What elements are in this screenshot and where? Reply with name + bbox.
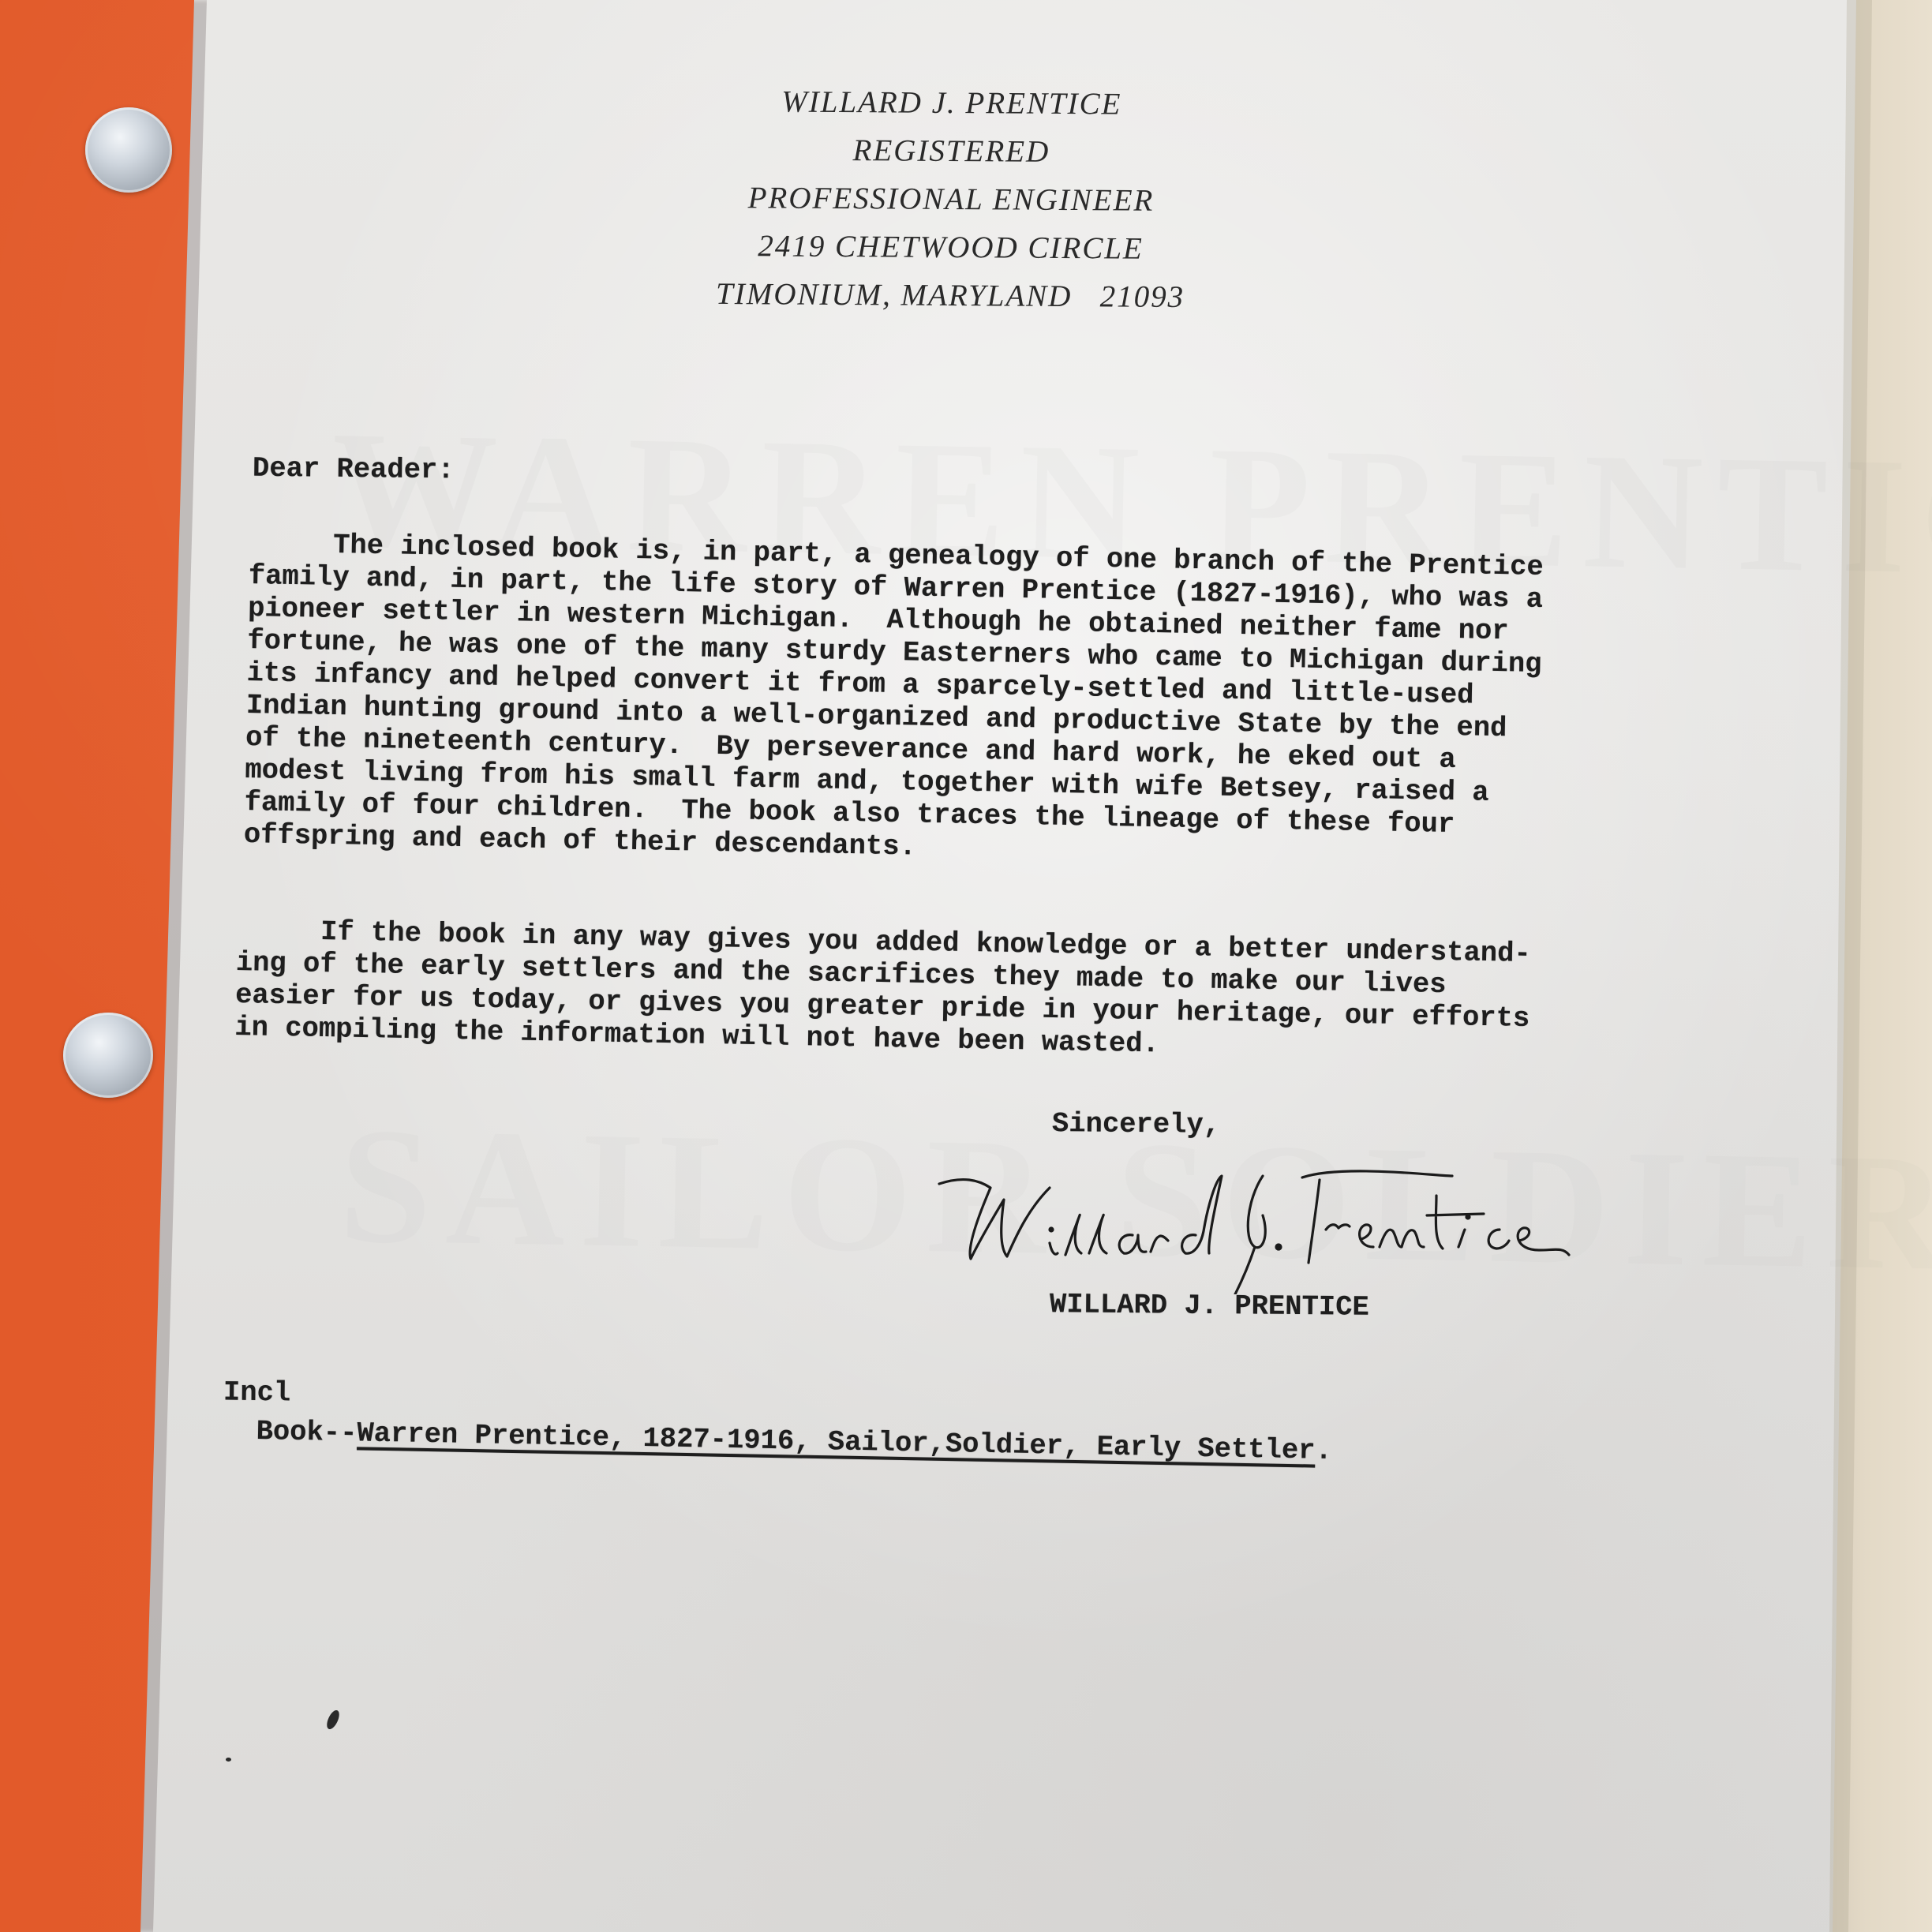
binder-rivet-icon [63, 1013, 153, 1098]
enclosure-prefix: Book-- [256, 1415, 358, 1449]
binder-rivet-icon [85, 107, 172, 193]
body-paragraph-2: If the book in any way gives you added k… [234, 914, 1531, 1067]
handwritten-signature: Willard J. Prentice [931, 1168, 1720, 1294]
enclosure-label: Incl [223, 1376, 291, 1410]
letterhead-name: WILLARD J. PRENTICE [616, 77, 1287, 129]
closing: Sincerely, [1052, 1107, 1220, 1141]
typed-signatory-name: WILLARD J. PRENTICE [1050, 1288, 1369, 1324]
letterhead-city: TIMONIUM, MARYLAND 21093 [615, 269, 1286, 322]
letterhead: WILLARD J. PRENTICE REGISTERED PROFESSIO… [615, 77, 1287, 322]
body-paragraph-1: The inclosed book is, in part, a genealo… [243, 527, 1544, 874]
letterhead-title: PROFESSIONAL ENGINEER [616, 173, 1286, 226]
letterhead-registered: REGISTERED [616, 125, 1286, 178]
letterhead-street: 2419 CHETWOOD CIRCLE [615, 221, 1286, 274]
enclosure-suffix: . [1315, 1435, 1332, 1467]
photo-scene: WARREN PRENTICE SAILOR SOLDIER WILLARD J… [0, 0, 1932, 1932]
salutation: Dear Reader: [253, 452, 455, 487]
ink-spot-mark [226, 1758, 231, 1762]
